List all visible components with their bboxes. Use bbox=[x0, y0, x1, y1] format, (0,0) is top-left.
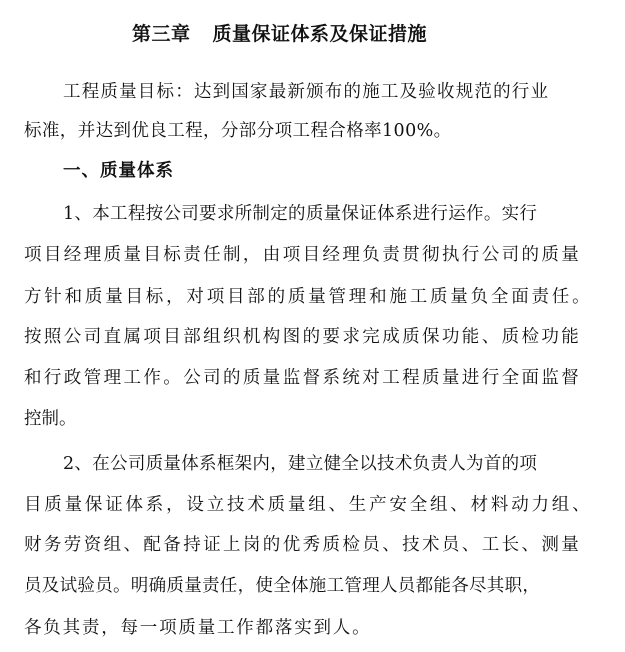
item1-line-2: 项目经理质量目标责任制，由项目经理负责贯彻执行公司的质量 bbox=[24, 244, 581, 266]
item2-line-4: 员及试验员。明确质量责任，使全体施工管理人员都能各尽其职， bbox=[24, 575, 540, 597]
item1-line-5: 和行政管理工作。公司的质量监督系统对工程质量进行全面监督 bbox=[24, 367, 581, 389]
section-heading-quality-system: 一、质量体系 bbox=[63, 160, 174, 182]
chapter-title: 第三章质量保证体系及保证措施 bbox=[132, 23, 427, 45]
item1-line-6: 控制。 bbox=[24, 408, 77, 430]
item1-line-3: 方针和质量目标，对项目部的质量管理和施工质量负全面责任。 bbox=[24, 286, 592, 308]
intro-line-2: 标准，并达到优良工程，分部分项工程合格率100%。 bbox=[24, 120, 452, 142]
item1-line-4: 按照公司直属项目部组织机构图的要求完成质保功能、质检功能 bbox=[24, 326, 581, 348]
chapter-name: 质量保证体系及保证措施 bbox=[213, 23, 428, 45]
item2-line-1: 2、在公司质量体系框架内，建立健全以技术负责人为首的项 bbox=[63, 453, 537, 475]
item2-line-2: 目质量保证体系，设立技术质量组、生产安全组、材料动力组、 bbox=[24, 494, 592, 516]
item2-line-5: 各负其责，每一项质量工作都落实到人。 bbox=[24, 617, 371, 639]
chapter-number: 第三章 bbox=[132, 23, 191, 45]
item1-line-1: 1、本工程按公司要求所制定的质量保证体系进行运作。实行 bbox=[63, 203, 537, 225]
item2-line-3: 财务劳资组、配备持证上岗的优秀质检员、技术员、工长、测量 bbox=[24, 534, 581, 556]
intro-line-1: 工程质量目标：达到国家最新颁布的施工及验收规范的行业 bbox=[63, 81, 549, 103]
